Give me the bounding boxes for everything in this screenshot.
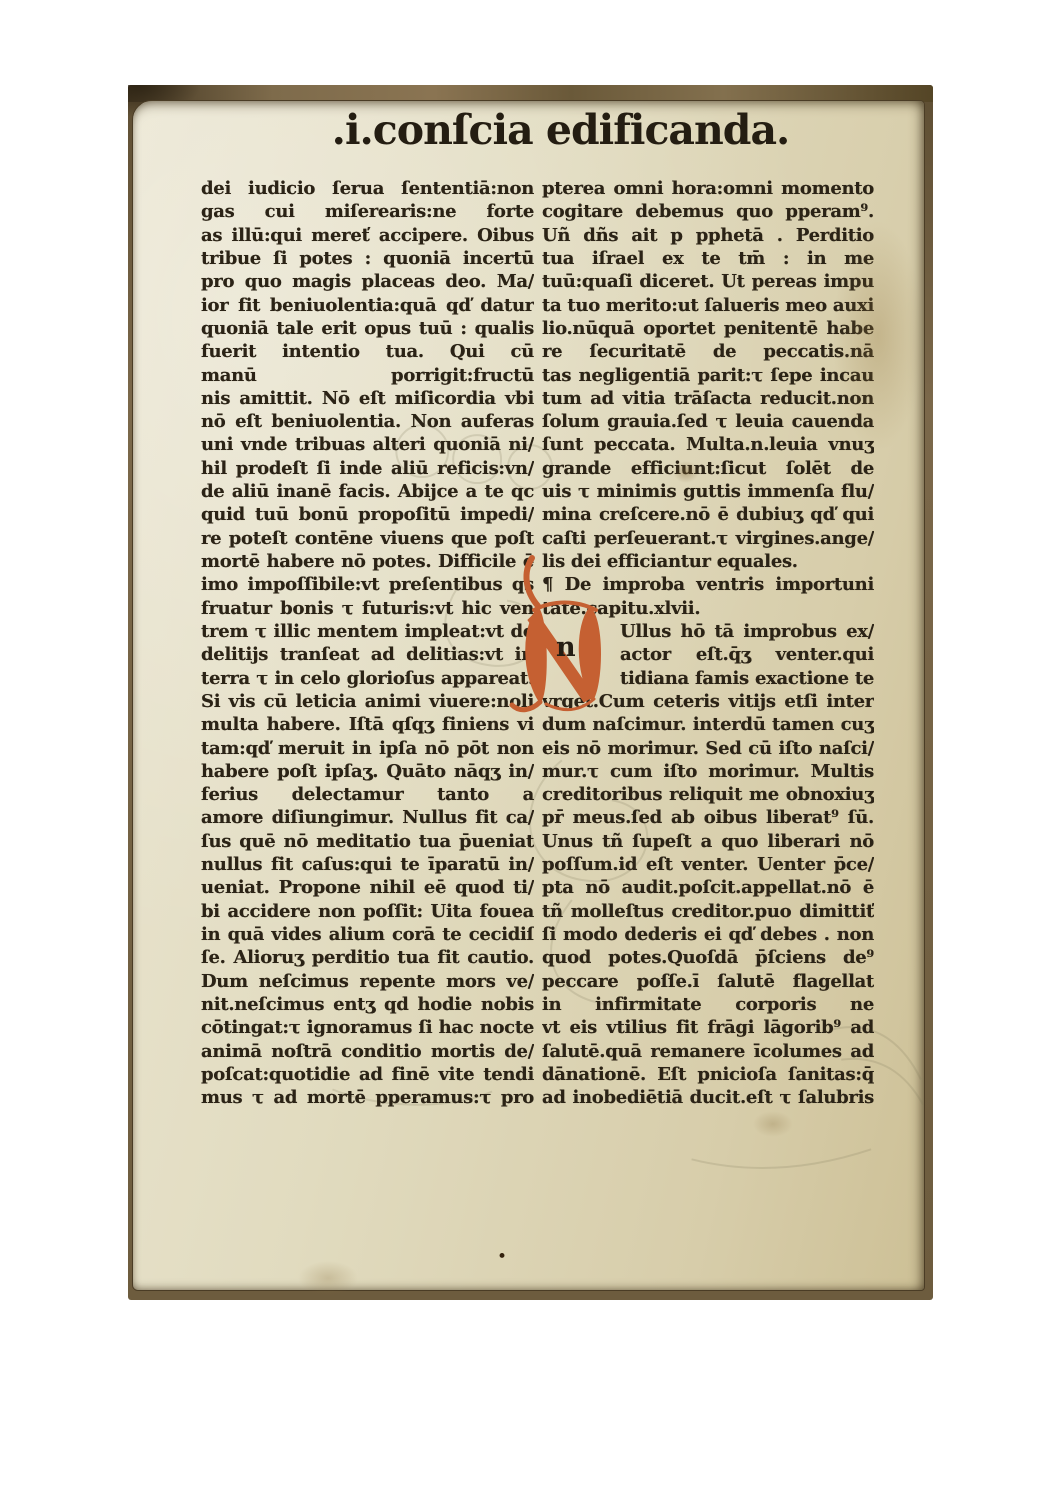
text-line: cogitare debemus quo pperam⁹. xyxy=(542,200,874,223)
text-line: nit.neſcimus entʒ qd hodie nobis xyxy=(201,993,534,1016)
text-line: Si vis cū leticia animi viuere:noli xyxy=(201,690,534,713)
text-line: mus τ ad mortē pperamus:τ pro xyxy=(201,1086,534,1109)
text-line: lio.nūquā oportet penitentē habe xyxy=(542,317,874,340)
text-line: ſi modo dederis ei qď debes . non xyxy=(542,923,874,946)
text-line: terra τ in celo glorioſus appareat. xyxy=(201,667,534,690)
text-line: ferius delectamur tanto a ſuperno xyxy=(201,783,534,806)
text-line: gas cui miſerearis:ne forte pretere xyxy=(201,200,534,223)
text-line: ad inobediētiā ducit.eſt τ ſalubris xyxy=(542,1086,874,1109)
quire-mark-dot: • xyxy=(497,1247,507,1267)
text-line: dānationē. Eſt pnicioſa ſanitas:q̄ xyxy=(542,1063,874,1086)
text-line: nō eſt beniuolentia. Non auferas xyxy=(201,410,534,433)
book-photo: .i.conſcia edificanda. dei iudicio ſerua… xyxy=(128,85,933,1300)
text-line: re ſecuritatē de peccatis.nā ſecuri xyxy=(542,340,874,363)
text-line: tribue ſi potes : quoniā incertū eſt xyxy=(201,247,534,270)
book-page: .i.conſcia edificanda. dei iudicio ſerua… xyxy=(132,100,925,1291)
text-line: imo impoſſibile:vt preſentibus qs xyxy=(201,573,534,596)
text-line: cōtingat:τ ignoramus ſi hac nocte xyxy=(201,1016,534,1039)
text-line: tñ molleſtus creditor.puo dimittiť xyxy=(542,900,874,923)
text-line: pr̄ meus.ſed ab oibus liberat⁹ ſū. xyxy=(542,806,874,829)
text-line: creditoribus reliquit me obnoxiuʒ xyxy=(542,783,874,806)
paper-stain xyxy=(298,1261,358,1295)
text-line: bi accidere non poſſit: Uita fouea xyxy=(201,900,534,923)
text-line: manū porrigit:fructū remuneratio xyxy=(201,364,534,387)
text-line: trem τ illic mentem impleat:vt de xyxy=(201,620,534,643)
text-line: tuū:quaſi diceret. Ut pereas impu xyxy=(542,270,874,293)
text-line: re poteſt contēne viuens que poſt xyxy=(201,527,534,550)
text-line: grande efficiunt:ſicut ſolēt de par/ xyxy=(542,457,874,480)
text-line: multa habere. Iſtā qſqʒ finiens vi xyxy=(201,713,534,736)
text-line: tam:qď meruit in ipſa nō pōt non xyxy=(201,737,534,760)
text-line: ueniat. Propone nihil eē quod ti/ xyxy=(201,876,534,899)
text-line: vt eis vtilius fit frāgi lāgorib⁹ ad xyxy=(542,1016,874,1039)
text-line: tas negligentiā parit:τ ſepe incau xyxy=(542,364,874,387)
guide-letter: n xyxy=(556,632,576,663)
text-line: pro quo magis placeas deo. Ma/ xyxy=(201,270,534,293)
text-line: eis nō morimur. Sed cū iſto naſci/ xyxy=(542,737,874,760)
text-line: quod potes.Quoſdā p̄ſciens de⁹ xyxy=(542,946,874,969)
text-line: nis amittit. Nō eſt miſicordia vbi xyxy=(201,387,534,410)
text-line: poſſum.id eſt venter. Uenter p̄ce/ xyxy=(542,853,874,876)
text-line: Unus tñ ſupeſt a quo liberari nō xyxy=(542,830,874,853)
text-line: in quā vides alium corā te cecidiſ xyxy=(201,923,534,946)
drop-initial-N: n xyxy=(508,556,618,718)
text-column-left: dei iudicio ſerua ſententiā:non eli/gas … xyxy=(201,177,534,1110)
text-line: fruatur bonis τ futuris:vt hic ven xyxy=(201,597,534,620)
text-line: de aliū inanē facis. Abijce a te qc xyxy=(201,480,534,503)
text-line: tum ad vitia trāſacta reducit.non xyxy=(542,387,874,410)
text-line: peccare poſſe.ī ſalutē flagellat eos xyxy=(542,970,874,993)
text-line: Uñ dñs ait p pphetā . Perditio xyxy=(542,224,874,247)
text-line: nullus fit caſus:qui te īparatū in/ xyxy=(201,853,534,876)
text-line: mina creſcere.nō ē dubiuʒ qď qui xyxy=(542,503,874,526)
running-title: .i.conſcia edificanda. xyxy=(133,106,924,154)
text-line: ior fit beniuolentia:quā qď datur xyxy=(201,294,534,317)
text-line: quoniā tale erit opus tuū : qualis xyxy=(201,317,534,340)
text-line: as illū:qui mereť accipere. Oibus xyxy=(201,224,534,247)
text-line: mortē habere nō potes. Difficile ē xyxy=(201,550,534,573)
text-line: fuerit intentio tua. Qui cū triſticia xyxy=(201,340,534,363)
text-line: quid tuū bonū propoſitū impedi/ xyxy=(201,503,534,526)
text-line: ſolum grauia.ſed τ leuia cauenda xyxy=(542,410,874,433)
text-line: ſalutē.quā remanere īcolumes ad xyxy=(542,1040,874,1063)
text-line: Dum neſcimus repente mors ve/ xyxy=(201,970,534,993)
text-line: uis τ minimis guttis immenſa flu/ xyxy=(542,480,874,503)
paper-stain xyxy=(753,1111,793,1137)
text-line: in infirmitate corporis ne peccent. xyxy=(542,993,874,1016)
screenshot-background: .i.conſcia edificanda. dei iudicio ſerua… xyxy=(0,0,1060,1500)
text-line: tua iſrael ex te tm̄ : in me auxilium xyxy=(542,247,874,270)
text-line: delitijs tranſeat ad delitias:vt in xyxy=(201,643,534,666)
text-line: ſe. Alioruʒ perditio tua fit cautio. xyxy=(201,946,534,969)
text-line: ſus quē nō meditatio tua p̄ueniat xyxy=(201,830,534,853)
text-line: pta nō audit.poſcit.appellat.nō ē xyxy=(542,876,874,899)
text-line: pterea omni hora:omni momento xyxy=(542,177,874,200)
text-line: habere poſt ipſaʒ. Quāto nāqʒ in/ xyxy=(201,760,534,783)
text-line: amore diſiungimur. Nullus fit ca/ xyxy=(201,806,534,829)
text-line: mur.τ cum iſto morimur. Multis xyxy=(542,760,874,783)
text-line: ta tuo merito:ut ſalueris meo auxi xyxy=(542,294,874,317)
text-line: animā noſtrā conditio mortis de/ xyxy=(201,1040,534,1063)
text-line: poſcat:quotidie ad finē vite tendi xyxy=(201,1063,534,1086)
text-line: ſunt peccata. Multa.n.leuia vnuʒ xyxy=(542,433,874,456)
text-line: caſti perſeuerant.τ virgines.ange/ xyxy=(542,527,874,550)
text-line: uni vnde tribuas alteri quoniā ni/ xyxy=(201,433,534,456)
text-line: hil prodeſt ſi inde aliū reficis:vn/ xyxy=(201,457,534,480)
text-line: dei iudicio ſerua ſententiā:non eli/ xyxy=(201,177,534,200)
